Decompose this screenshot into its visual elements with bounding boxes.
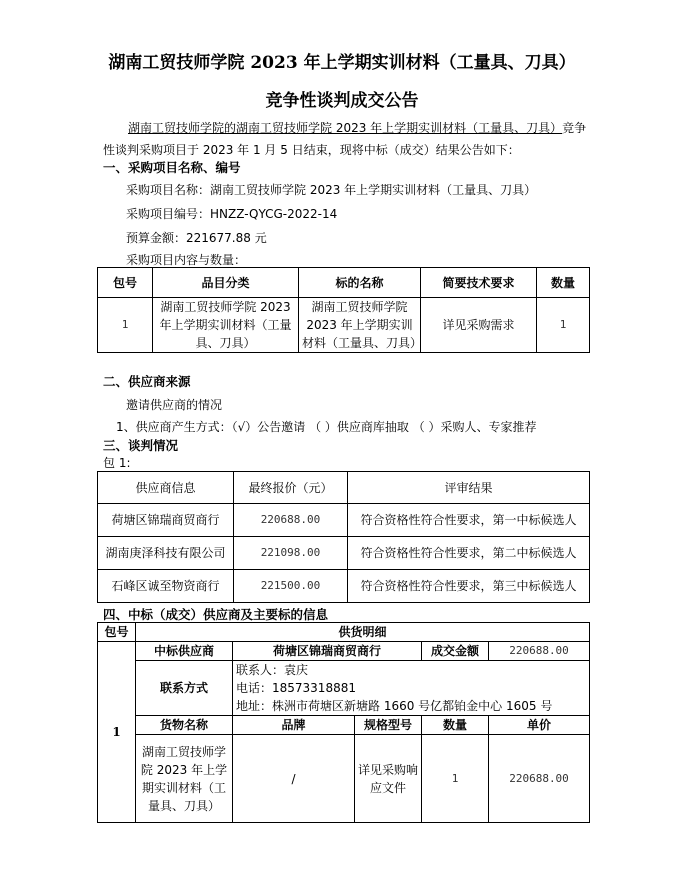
- cell: 220688.00: [234, 504, 348, 537]
- header-cell: 供应商信息: [98, 472, 234, 504]
- header-cell: 数量: [422, 716, 489, 735]
- table-header-row: 包号 供货明细: [98, 623, 590, 642]
- header-cell: 供货明细: [136, 623, 590, 642]
- table-row: 1 中标供应商 荷塘区锦瑞商贸商行 成交金额 220688.00: [98, 642, 590, 661]
- header-cell: 最终报价（元）: [234, 472, 348, 504]
- package-label: 包 1:: [103, 454, 131, 471]
- contact-address: 地址：株洲市荷塘区新塘路 1660 号亿都铂金中心 1605 号: [236, 697, 586, 715]
- cell: 221500.00: [234, 570, 348, 603]
- table-row: 湖南工贸技师学院 2023 年上学期实训材料（工量具、刀具） / 详见采购响应文…: [98, 735, 590, 823]
- procurement-content-table: 包号 品目分类 标的名称 简要技术要求 数量 1 湖南工贸技师学院 2023 年…: [97, 267, 590, 353]
- header-cell: 包号: [98, 623, 136, 642]
- cell: 湖南工贸技师学院 2023 年上学期实训材料（工量具、刀具）: [153, 298, 299, 353]
- cell: 石峰区诚至物资商行: [98, 570, 234, 603]
- negotiation-table: 供应商信息 最终报价（元） 评审结果 荷塘区锦瑞商贸商行 220688.00 符…: [97, 471, 590, 603]
- winner-name: 荷塘区锦瑞商贸商行: [233, 642, 422, 661]
- table-row: 荷塘区锦瑞商贸商行 220688.00 符合资格性符合性要求，第一中标候选人: [98, 504, 590, 537]
- page-title: 湖南工贸技师学院 2023 年上学期实训材料（工量具、刀具）: [0, 48, 684, 73]
- budget: 预算金额：221677.88 元: [126, 229, 267, 246]
- header-cell: 数量: [537, 268, 590, 298]
- cell: /: [233, 735, 355, 823]
- cell: 符合资格性符合性要求，第二中标候选人: [348, 537, 590, 570]
- header-cell: 品目分类: [153, 268, 299, 298]
- intro-rest: 竞争: [562, 121, 586, 135]
- cell: 湖南工贸技师学院 2023 年上学期实训材料（工量具、刀具）: [136, 735, 233, 823]
- intro-line-2: 性谈判采购项目于 2023 年 1 月 5 日结束，现将中标（成交）结果公告如下…: [103, 141, 520, 158]
- header-cell: 单价: [489, 716, 590, 735]
- cell: 1: [537, 298, 590, 353]
- cell: 详见采购响应文件: [355, 735, 422, 823]
- header-cell: 简要技术要求: [421, 268, 537, 298]
- cell: 详见采购需求: [421, 298, 537, 353]
- supplier-method: 1、供应商产生方式：（√）公告邀请 （ ）供应商库抽取 （ ）采购人、专家推荐: [116, 418, 537, 435]
- section4-heading: 四、中标（成交）供应商及主要标的信息: [103, 605, 328, 623]
- cell: 1: [98, 298, 153, 353]
- cell: 湖南工贸技师学院 2023 年上学期实训材料（工量具、刀具）: [299, 298, 421, 353]
- label-cell: 联系方式: [136, 661, 233, 716]
- label-cell: 成交金额: [422, 642, 489, 661]
- header-cell: 包号: [98, 268, 153, 298]
- intro-underlined: 湖南工贸技师学院的湖南工贸技师学院 2023 年上学期实训材料（工量具、刀具）: [128, 121, 562, 135]
- cell: 符合资格性符合性要求，第一中标候选人: [348, 504, 590, 537]
- winner-table: 包号 供货明细 1 中标供应商 荷塘区锦瑞商贸商行 成交金额 220688.00…: [97, 622, 590, 823]
- cell: 220688.00: [489, 735, 590, 823]
- package-number: 1: [98, 642, 136, 823]
- cell: 湖南庚泽科技有限公司: [98, 537, 234, 570]
- table-row: 石峰区诚至物资商行 221500.00 符合资格性符合性要求，第三中标候选人: [98, 570, 590, 603]
- header-cell: 规格型号: [355, 716, 422, 735]
- cell: 符合资格性符合性要求，第三中标候选人: [348, 570, 590, 603]
- page-subtitle: 竞争性谈判成交公告: [0, 86, 684, 111]
- cell: 荷塘区锦瑞商贸商行: [98, 504, 234, 537]
- section1-heading: 一、采购项目名称、编号: [103, 158, 241, 176]
- table-row: 1 湖南工贸技师学院 2023 年上学期实训材料（工量具、刀具） 湖南工贸技师学…: [98, 298, 590, 353]
- supplier-invite-label: 邀请供应商的情况: [126, 396, 222, 413]
- contact-cell: 联系人：袁庆 电话：18573318881 地址：株洲市荷塘区新塘路 1660 …: [233, 661, 590, 716]
- cell: 1: [422, 735, 489, 823]
- content-label: 采购项目内容与数量：: [126, 251, 246, 268]
- cell: 221098.00: [234, 537, 348, 570]
- label-cell: 中标供应商: [136, 642, 233, 661]
- table-row: 湖南庚泽科技有限公司 221098.00 符合资格性符合性要求，第二中标候选人: [98, 537, 590, 570]
- contact-phone: 电话：18573318881: [236, 679, 586, 697]
- table-header-row: 包号 品目分类 标的名称 简要技术要求 数量: [98, 268, 590, 298]
- header-cell: 评审结果: [348, 472, 590, 504]
- header-cell: 货物名称: [136, 716, 233, 735]
- header-cell: 品牌: [233, 716, 355, 735]
- table-header-row: 供应商信息 最终报价（元） 评审结果: [98, 472, 590, 504]
- table-row: 联系方式 联系人：袁庆 电话：18573318881 地址：株洲市荷塘区新塘路 …: [98, 661, 590, 716]
- section2-heading: 二、供应商来源: [103, 372, 191, 390]
- project-number: 采购项目编号：HNZZ-QYCG-2022-14: [126, 205, 337, 222]
- contact-person: 联系人：袁庆: [236, 661, 586, 679]
- section3-heading: 三、谈判情况: [103, 436, 178, 454]
- deal-amount: 220688.00: [489, 642, 590, 661]
- intro-line-1: 湖南工贸技师学院的湖南工贸技师学院 2023 年上学期实训材料（工量具、刀具）竞…: [128, 119, 586, 136]
- header-cell: 标的名称: [299, 268, 421, 298]
- table-header-row: 货物名称 品牌 规格型号 数量 单价: [98, 716, 590, 735]
- project-name: 采购项目名称：湖南工贸技师学院 2023 年上学期实训材料（工量具、刀具）: [126, 181, 536, 198]
